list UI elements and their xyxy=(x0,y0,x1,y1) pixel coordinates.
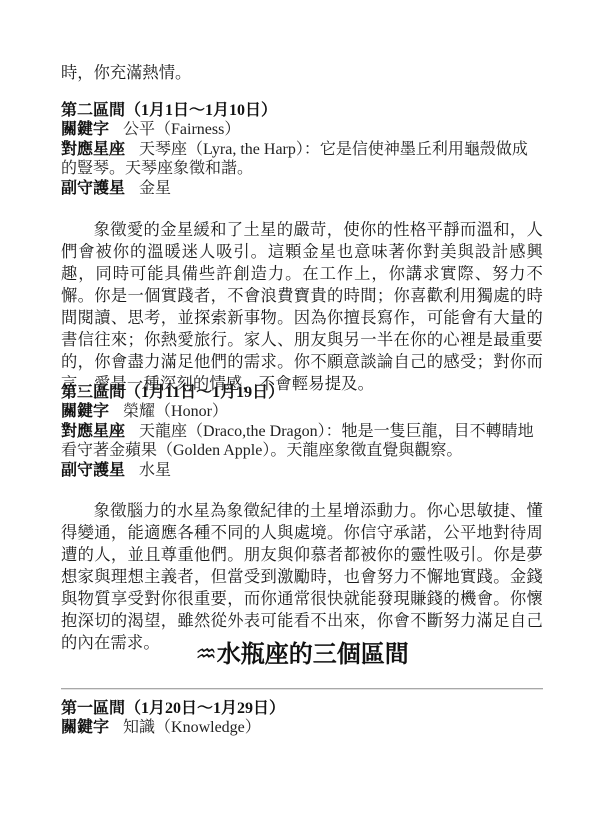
chapter-title-text: 水瓶座的三個區間 xyxy=(217,640,409,668)
ruler-value: 水星 xyxy=(139,462,171,479)
section-paragraph: 象徵愛的金星緩和了土星的嚴苛，使你的性格平靜而溫和，人們會被你的溫暖迷人吸引。這… xyxy=(61,219,543,395)
ruler-row: 副守護星水星 xyxy=(61,461,171,480)
constellation-value-cont: 看守著金蘋果（Golden Apple）。天龍座象徵直覺與觀察。 xyxy=(61,441,462,460)
constellation-value: 天琴座（Lyra, the Harp）：它是信使神墨丘利用龜殼做成 xyxy=(139,141,528,158)
ruler-label: 副守護星 xyxy=(61,462,125,479)
keyword-row: 關鍵字公平（Fairness） xyxy=(61,120,240,139)
keyword-value: 榮耀（Honor） xyxy=(123,403,228,420)
constellation-value-cont: 的豎琴。天琴座象徵和諧。 xyxy=(61,159,253,178)
chapter-title: ♒水瓶座的三個區間 xyxy=(61,640,543,668)
constellation-label: 對應星座 xyxy=(61,141,125,158)
constellation-row: 對應星座天琴座（Lyra, the Harp）：它是信使神墨丘利用龜殼做成 xyxy=(61,140,528,159)
aquarius-icon: ♒ xyxy=(195,640,217,668)
section-heading: 第二區間（1月1日～1月10日） xyxy=(61,101,277,120)
constellation-row: 對應星座天龍座（Draco,the Dragon）：牠是一隻巨龍，目不轉睛地 xyxy=(61,422,534,441)
keyword-row: 關鍵字知識（Knowledge） xyxy=(61,718,261,737)
keyword-row: 關鍵字榮耀（Honor） xyxy=(61,402,228,421)
horizontal-divider xyxy=(61,688,543,690)
keyword-value: 公平（Fairness） xyxy=(123,121,240,138)
ruler-row: 副守護星金星 xyxy=(61,179,171,198)
keyword-label: 關鍵字 xyxy=(61,403,109,420)
section-heading: 第三區間（1月11日～1月19日） xyxy=(61,383,284,402)
section-heading: 第一區間（1月20日～1月29日） xyxy=(61,699,285,718)
keyword-value: 知識（Knowledge） xyxy=(123,719,261,736)
constellation-label: 對應星座 xyxy=(61,423,125,440)
constellation-value: 天龍座（Draco,the Dragon）：牠是一隻巨龍，目不轉睛地 xyxy=(139,423,534,440)
continuation-text: 時，你充滿熱情。 xyxy=(61,62,543,84)
ruler-label: 副守護星 xyxy=(61,180,125,197)
ruler-value: 金星 xyxy=(139,180,171,197)
keyword-label: 關鍵字 xyxy=(61,719,109,736)
section-paragraph: 象徵腦力的水星為象徵紀律的土星增添動力。你心思敏捷、懂得變通，能適應各種不同的人… xyxy=(61,500,543,654)
keyword-label: 關鍵字 xyxy=(61,121,109,138)
